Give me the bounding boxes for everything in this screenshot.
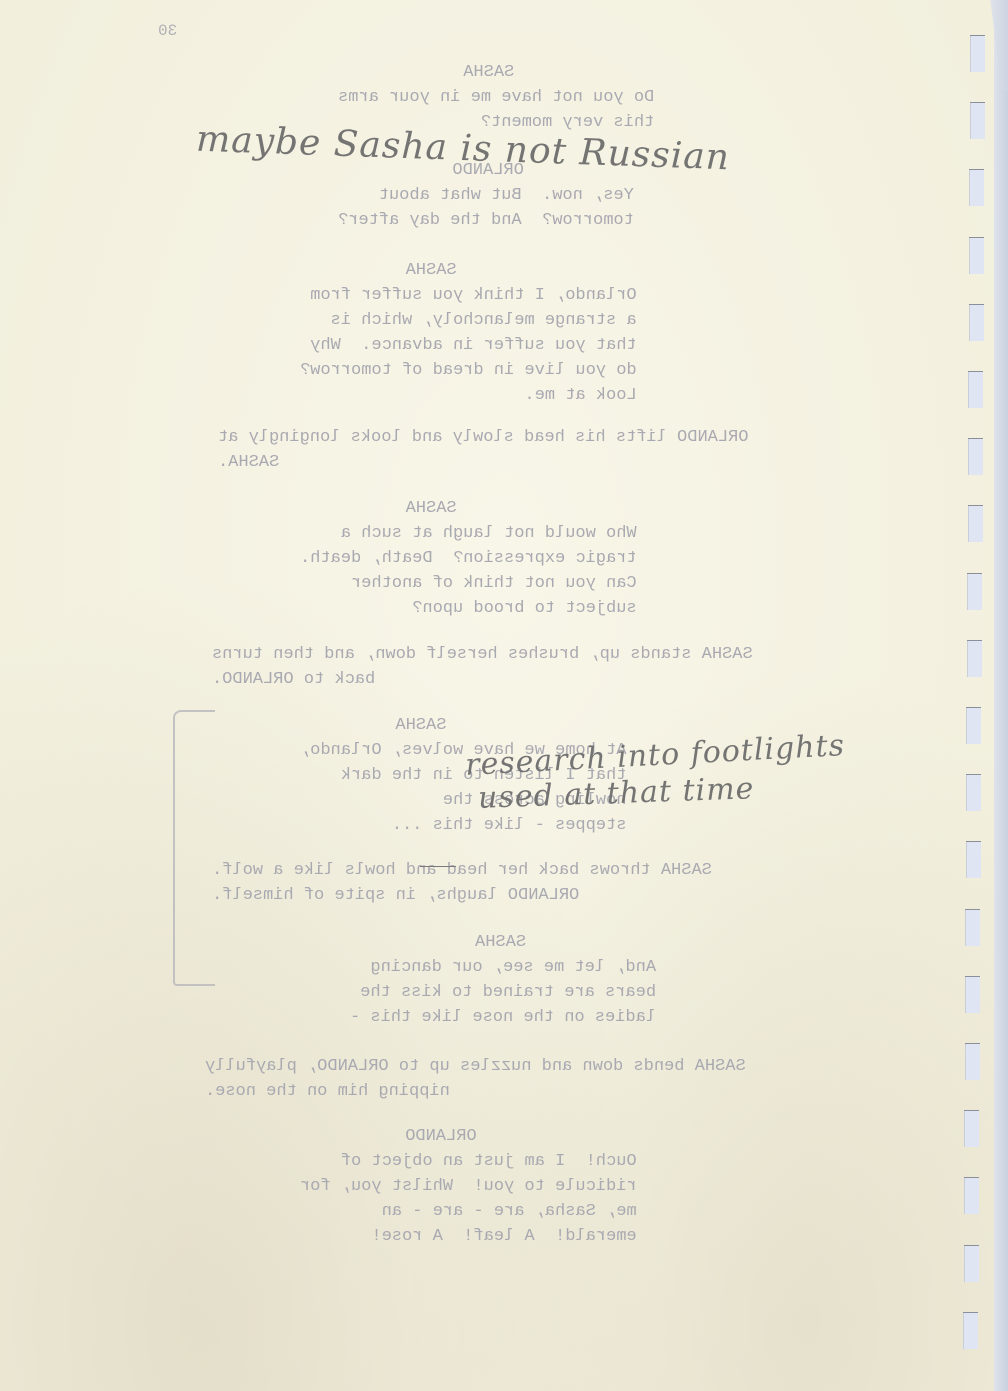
- stage-direction: SASHA throws back her head and howls lik…: [212, 858, 712, 908]
- binding-hole: [970, 35, 985, 72]
- binding-hole: [966, 841, 981, 878]
- dialogue-block: SASHAAnd, let me see, our dancing bears …: [350, 930, 656, 1030]
- binding-hole: [965, 976, 980, 1013]
- binding-hole: [964, 1177, 979, 1214]
- dialogue-text: Orlando, I think you suffer from a stran…: [300, 286, 637, 405]
- binding-hole: [963, 1312, 978, 1349]
- binding-hole: [968, 438, 983, 475]
- document-page: 30 SASHADo you not have me in your arms …: [0, 0, 1008, 1391]
- binding-hole: [967, 573, 982, 610]
- binding-hole: [964, 1245, 979, 1282]
- dialogue-text: And, let me see, our dancing bears are t…: [350, 958, 656, 1027]
- character-name: SASHA: [300, 496, 637, 521]
- binding-hole: [966, 707, 981, 744]
- binding-hole: [970, 102, 985, 139]
- binding-hole: [968, 371, 983, 408]
- pencil-strike-mark: [420, 866, 456, 867]
- character-name: SASHA: [300, 713, 626, 738]
- character-name: SASHA: [350, 930, 656, 955]
- dialogue-block: SASHAOrlando, I think you suffer from a …: [300, 258, 637, 408]
- binding-hole: [969, 169, 984, 206]
- binding-hole: [969, 237, 984, 274]
- dialogue-block: ORLANDOOuch! I am just an object of ridi…: [300, 1124, 637, 1249]
- margin-bracket: [173, 710, 215, 986]
- dialogue-block: SASHAWho would not laugh at such a tragi…: [300, 496, 637, 621]
- binding-hole: [965, 909, 980, 946]
- binding-hole: [967, 640, 982, 677]
- binding-hole: [964, 1110, 979, 1147]
- dialogue-text: Who would not laugh at such a tragic exp…: [300, 524, 637, 618]
- character-name: SASHA: [338, 60, 654, 85]
- stage-direction: SASHA bends down and nuzzles up to ORLAN…: [205, 1054, 746, 1104]
- page-number: 30: [158, 22, 177, 40]
- binding-hole: [966, 774, 981, 811]
- stage-direction: SASHA stands up, brushes herself down, a…: [212, 642, 753, 692]
- dialogue-text: Ouch! I am just an object of ridicule to…: [300, 1152, 637, 1246]
- dialogue-block: SASHADo you not have me in your arms thi…: [338, 60, 654, 135]
- page-edge: [994, 0, 1008, 1391]
- binding-hole: [969, 304, 984, 341]
- character-name: ORLANDO: [300, 1124, 637, 1149]
- character-name: SASHA: [300, 258, 637, 283]
- binding-hole: [965, 1043, 980, 1080]
- stage-direction: ORLANDO lifts his head slowly and looks …: [218, 425, 749, 475]
- binding-hole: [968, 505, 983, 542]
- dialogue-text: Yes, now. But what about tomorrow? And t…: [338, 186, 634, 230]
